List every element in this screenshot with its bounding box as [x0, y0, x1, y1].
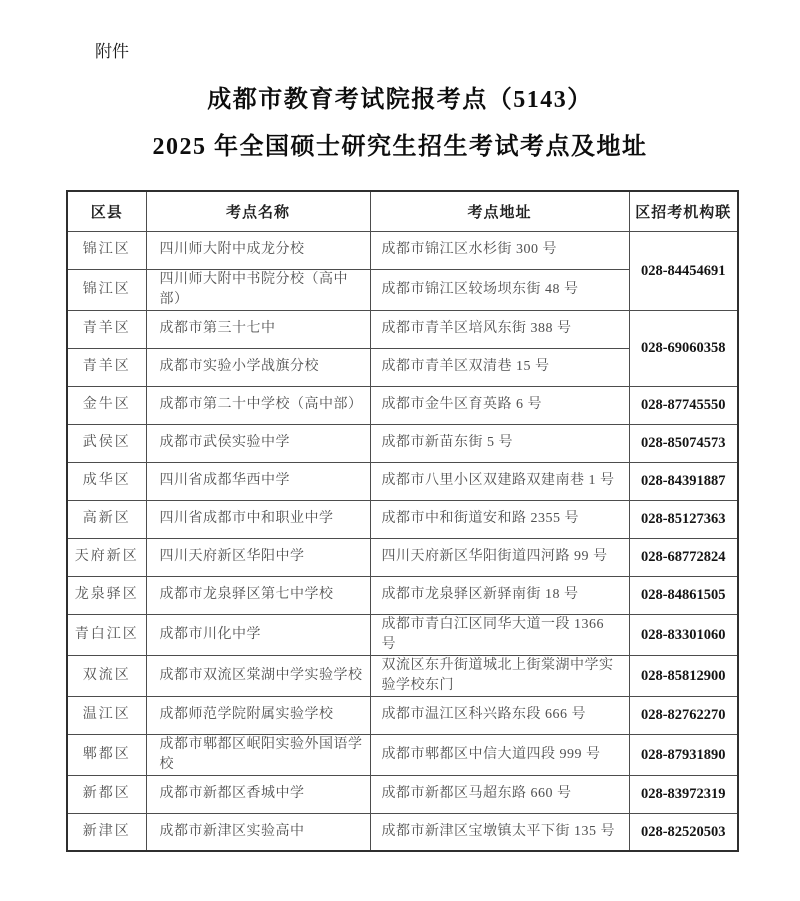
column-header-site-address: 考点地址 — [370, 191, 629, 231]
table-row: 成华区四川省成都华西中学成都市八里小区双建路双建南巷 1 号028-843918… — [67, 462, 738, 500]
table-row: 新津区成都市新津区实验高中成都市新津区宝墩镇太平下街 135 号028-8252… — [67, 813, 738, 851]
contact-phone-cell: 028-68772824 — [629, 538, 738, 576]
site-name-cell: 成都市双流区棠湖中学实验学校 — [146, 655, 370, 696]
column-header-district: 区县 — [67, 191, 146, 231]
district-cell: 郫都区 — [67, 734, 146, 775]
column-header-site-name: 考点名称 — [146, 191, 370, 231]
contact-phone-cell: 028-82520503 — [629, 813, 738, 851]
site-address-cell: 成都市锦江区较场坝东街 48 号 — [370, 269, 629, 310]
district-cell: 武侯区 — [67, 424, 146, 462]
district-cell: 龙泉驿区 — [67, 576, 146, 614]
contact-phone-cell: 028-69060358 — [629, 310, 738, 386]
site-address-cell: 成都市八里小区双建路双建南巷 1 号 — [370, 462, 629, 500]
site-address-cell: 成都市青羊区双清巷 15 号 — [370, 348, 629, 386]
site-name-cell: 成都市第二十中学校（高中部） — [146, 386, 370, 424]
site-name-cell: 成都市新津区实验高中 — [146, 813, 370, 851]
district-cell: 青羊区 — [67, 348, 146, 386]
table-row: 高新区四川省成都市中和职业中学成都市中和街道安和路 2355 号028-8512… — [67, 500, 738, 538]
district-cell: 高新区 — [67, 500, 146, 538]
site-name-cell: 成都市川化中学 — [146, 614, 370, 655]
district-cell: 金牛区 — [67, 386, 146, 424]
district-cell: 新津区 — [67, 813, 146, 851]
exam-sites-table: 区县 考点名称 考点地址 区招考机构联 锦江区四川师大附中成龙分校成都市锦江区水… — [66, 190, 739, 852]
exam-table-body: 锦江区四川师大附中成龙分校成都市锦江区水杉街 300 号028-84454691… — [67, 231, 738, 851]
contact-phone-cell: 028-85127363 — [629, 500, 738, 538]
district-cell: 成华区 — [67, 462, 146, 500]
contact-phone-cell: 028-83972319 — [629, 775, 738, 813]
table-row: 温江区成都师范学院附属实验学校成都市温江区科兴路东段 666 号028-8276… — [67, 696, 738, 734]
contact-phone-cell: 028-87745550 — [629, 386, 738, 424]
site-name-cell: 四川师大附中书院分校（高中部） — [146, 269, 370, 310]
document-title-line1: 成都市教育考试院报考点（5143） — [0, 84, 800, 117]
site-address-cell: 成都市新都区马超东路 660 号 — [370, 775, 629, 813]
document-page: 附件 成都市教育考试院报考点（5143） 2025 年全国硕士研究生招生考试考点… — [0, 0, 800, 852]
table-row: 郫都区成都市郫都区岷阳实验外国语学校成都市郫都区中信大道四段 999 号028-… — [67, 734, 738, 775]
site-address-cell: 成都市新苗东街 5 号 — [370, 424, 629, 462]
site-name-cell: 四川师大附中成龙分校 — [146, 231, 370, 269]
site-address-cell: 双流区东升街道城北上街棠湖中学实验学校东门 — [370, 655, 629, 696]
table-row: 武侯区成都市武侯实验中学成都市新苗东街 5 号028-85074573 — [67, 424, 738, 462]
site-name-cell: 成都市龙泉驿区第七中学校 — [146, 576, 370, 614]
site-address-cell: 成都市新津区宝墩镇太平下街 135 号 — [370, 813, 629, 851]
table-row: 双流区成都市双流区棠湖中学实验学校双流区东升街道城北上街棠湖中学实验学校东门02… — [67, 655, 738, 696]
district-cell: 新都区 — [67, 775, 146, 813]
district-cell: 青白江区 — [67, 614, 146, 655]
district-cell: 天府新区 — [67, 538, 146, 576]
document-title-line2: 2025 年全国硕士研究生招生考试考点及地址 — [0, 131, 800, 164]
site-name-cell: 成都市第三十七中 — [146, 310, 370, 348]
district-cell: 锦江区 — [67, 269, 146, 310]
site-address-cell: 成都市青羊区培风东街 388 号 — [370, 310, 629, 348]
district-cell: 青羊区 — [67, 310, 146, 348]
attachment-label: 附件 — [95, 40, 800, 64]
contact-phone-cell: 028-84861505 — [629, 576, 738, 614]
site-address-cell: 成都市中和街道安和路 2355 号 — [370, 500, 629, 538]
contact-phone-cell: 028-85812900 — [629, 655, 738, 696]
site-name-cell: 四川省成都市中和职业中学 — [146, 500, 370, 538]
site-name-cell: 成都市武侯实验中学 — [146, 424, 370, 462]
table-row: 锦江区四川师大附中成龙分校成都市锦江区水杉街 300 号028-84454691 — [67, 231, 738, 269]
table-row: 天府新区四川天府新区华阳中学四川天府新区华阳街道四河路 99 号028-6877… — [67, 538, 738, 576]
contact-phone-cell: 028-85074573 — [629, 424, 738, 462]
district-cell: 温江区 — [67, 696, 146, 734]
site-address-cell: 成都市锦江区水杉街 300 号 — [370, 231, 629, 269]
site-name-cell: 四川省成都华西中学 — [146, 462, 370, 500]
table-header-row: 区县 考点名称 考点地址 区招考机构联 — [67, 191, 738, 231]
table-row: 青白江区成都市川化中学成都市青白江区同华大道一段 1366 号028-83301… — [67, 614, 738, 655]
table-row: 青羊区成都市第三十七中成都市青羊区培风东街 388 号028-69060358 — [67, 310, 738, 348]
contact-phone-cell: 028-84454691 — [629, 231, 738, 310]
site-name-cell: 成都市新都区香城中学 — [146, 775, 370, 813]
contact-phone-cell: 028-84391887 — [629, 462, 738, 500]
site-address-cell: 成都市龙泉驿区新驿南街 18 号 — [370, 576, 629, 614]
column-header-contact: 区招考机构联 — [629, 191, 738, 231]
site-address-cell: 成都市温江区科兴路东段 666 号 — [370, 696, 629, 734]
site-address-cell: 成都市青白江区同华大道一段 1366 号 — [370, 614, 629, 655]
site-name-cell: 成都市郫都区岷阳实验外国语学校 — [146, 734, 370, 775]
contact-phone-cell: 028-83301060 — [629, 614, 738, 655]
table-row: 新都区成都市新都区香城中学成都市新都区马超东路 660 号028-8397231… — [67, 775, 738, 813]
district-cell: 锦江区 — [67, 231, 146, 269]
district-cell: 双流区 — [67, 655, 146, 696]
table-row: 龙泉驿区成都市龙泉驿区第七中学校成都市龙泉驿区新驿南街 18 号028-8486… — [67, 576, 738, 614]
contact-phone-cell: 028-82762270 — [629, 696, 738, 734]
site-address-cell: 四川天府新区华阳街道四河路 99 号 — [370, 538, 629, 576]
site-name-cell: 四川天府新区华阳中学 — [146, 538, 370, 576]
site-address-cell: 成都市郫都区中信大道四段 999 号 — [370, 734, 629, 775]
site-address-cell: 成都市金牛区育英路 6 号 — [370, 386, 629, 424]
contact-phone-cell: 028-87931890 — [629, 734, 738, 775]
site-name-cell: 成都市实验小学战旗分校 — [146, 348, 370, 386]
table-row: 金牛区成都市第二十中学校（高中部）成都市金牛区育英路 6 号028-877455… — [67, 386, 738, 424]
site-name-cell: 成都师范学院附属实验学校 — [146, 696, 370, 734]
